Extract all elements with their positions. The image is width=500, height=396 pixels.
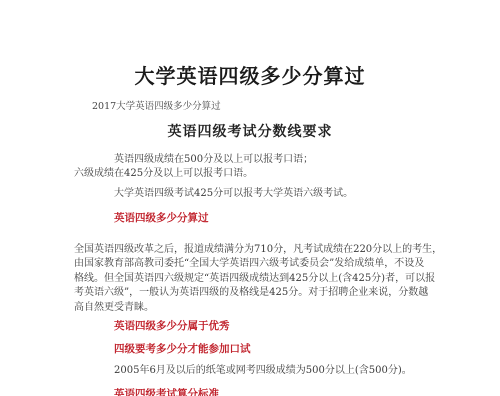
document-subtitle: 2017大学英语四级多少分算过: [92, 98, 221, 112]
document-title: 大学英语四级多少分算过: [0, 60, 500, 89]
paragraph-cet6-eligibility: 大学英语四级考试425分可以报考大学英语六级考试。: [114, 187, 353, 201]
paragraph-oral-exam-cet6: 六级成绩在425分及以上可以报考口语。: [74, 167, 253, 181]
heading-pass-score: 英语四级多少分算过: [114, 210, 209, 225]
paragraph-oral-exam-cet4: 英语四级成绩在500分及以上可以报考口语；: [114, 153, 313, 167]
paragraph-oral-exam-requirement: 2005年6月及以后的纸笔或网考四级成绩为500分以上(含500分)。: [114, 364, 412, 378]
text-line: 由国家教育部高教司委托“全国大学英语四六级考试委员会”发给成绩单，不设及: [74, 257, 434, 271]
text-line: 格线。但全国英语四六级规定“英语四级成绩达到425分以上(含425分)者，可以报: [74, 272, 434, 286]
text-line: 全国英语四级改革之后，报道成绩满分为710分，凡考试成绩在220分以上的考生，: [74, 243, 434, 257]
heading-excellent-score: 英语四级多少分属于优秀: [114, 318, 230, 333]
heading-scoring-standard: 英语四级考试算分标准: [114, 386, 219, 396]
heading-oral-exam-score: 四级要考多少分才能参加口试: [114, 341, 251, 356]
text-line: 考英语六级”，一般认为英语四级的及格线是425分。对于招聘企业来说，分数越: [74, 286, 434, 300]
section-title: 英语四级考试分数线要求: [0, 121, 500, 141]
paragraph-reform-details: 全国英语四级改革之后，报道成绩满分为710分，凡考试成绩在220分以上的考生， …: [74, 243, 434, 315]
text-line: 高自然更受青睐。: [74, 301, 434, 315]
